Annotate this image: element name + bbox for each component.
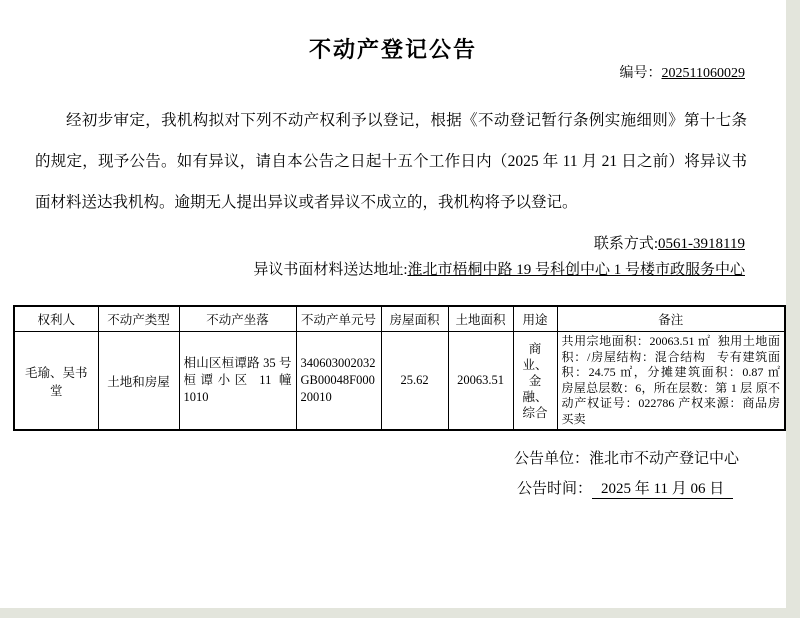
address-line: 异议书面材料送达地址:淮北市梧桐中路 19 号科创中心 1 号楼市政服务中心 xyxy=(0,258,745,279)
table-header-row: 权利人 不动产类型 不动产坐落 不动产单元号 房屋面积 土地面积 用途 备注 xyxy=(14,306,785,332)
contact-label: 联系方式: xyxy=(594,236,658,252)
announcement-date-line: 公告时间：2025 年 11 月 06 日 xyxy=(517,477,733,499)
announcement-body: 经初步审定，我机构拟对下列不动产权利予以登记，根据《不动登记暂行条例实施细则》第… xyxy=(35,100,747,223)
page-title: 不动产登记公告 xyxy=(0,33,786,64)
announcing-unit-value: 淮北市不动产登记中心 xyxy=(589,451,739,467)
column-header-remark: 备注 xyxy=(557,306,785,332)
registration-table: 权利人 不动产类型 不动产坐落 不动产单元号 房屋面积 土地面积 用途 备注 毛… xyxy=(13,305,786,431)
cell-rights-holder: 毛瑜、吴书堂 xyxy=(14,332,98,431)
announcing-unit-label: 公告单位： xyxy=(514,451,589,467)
announcement-date-label: 公告时间： xyxy=(517,481,592,497)
cell-remark: 共用宗地面积：20063.51 ㎡ 独用土地面积：/房屋结构：混合结构 专有建筑… xyxy=(557,332,785,431)
column-header-land-area: 土地面积 xyxy=(448,306,513,332)
cell-usage: 商业、金融、综合 xyxy=(513,332,557,431)
doc-number-value: 202511060029 xyxy=(662,66,745,81)
cell-house-area: 25.62 xyxy=(381,332,448,431)
column-header-usage: 用途 xyxy=(513,306,557,332)
column-header-type: 不动产类型 xyxy=(98,306,179,332)
cell-unit-number: 340603002032GB00048F00020010 xyxy=(296,332,381,431)
column-header-house-area: 房屋面积 xyxy=(381,306,448,332)
page-edge-right xyxy=(786,0,800,618)
cell-land-area: 20063.51 xyxy=(448,332,513,431)
doc-number-line: 编号：202511060029 xyxy=(0,62,745,82)
contact-phone: 0561-3918119 xyxy=(658,236,745,252)
column-header-location: 不动产坐落 xyxy=(179,306,296,332)
contact-line: 联系方式:0561-3918119 xyxy=(0,232,745,253)
table-row: 毛瑜、吴书堂 土地和房屋 相山区桓谭路 35 号桓谭小区 11 幢 1010 3… xyxy=(14,332,785,431)
page-edge-bottom xyxy=(0,608,800,618)
announcement-page: 不动产登记公告 编号：202511060029 经初步审定，我机构拟对下列不动产… xyxy=(0,0,800,618)
address-label: 异议书面材料送达地址: xyxy=(253,262,407,278)
column-header-holder: 权利人 xyxy=(14,306,98,332)
cell-property-type: 土地和房屋 xyxy=(98,332,179,431)
announcing-unit-line: 公告单位：淮北市不动产登记中心 xyxy=(514,447,739,468)
cell-property-location: 相山区桓谭路 35 号桓谭小区 11 幢 1010 xyxy=(179,332,296,431)
address-value: 淮北市梧桐中路 19 号科创中心 1 号楼市政服务中心 xyxy=(407,262,745,278)
doc-number-label: 编号： xyxy=(620,66,662,81)
announcement-date-value: 2025 年 11 月 06 日 xyxy=(592,477,733,499)
column-header-unit-no: 不动产单元号 xyxy=(296,306,381,332)
